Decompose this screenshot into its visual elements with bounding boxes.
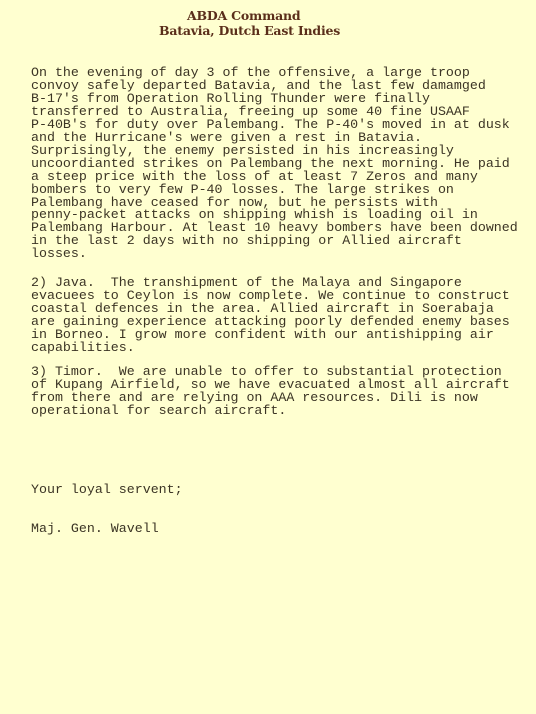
text-line: operational for search aircraft. bbox=[31, 405, 510, 418]
paragraph-java: 2) Java. The transhipment of the Malaya … bbox=[31, 277, 510, 355]
text-line: capabilities. bbox=[31, 342, 510, 355]
signature: Maj. Gen. Wavell bbox=[31, 523, 159, 536]
command-location: Batavia, Dutch East Indies bbox=[159, 23, 340, 38]
text-line: losses. bbox=[31, 248, 518, 261]
closing-salutation: Your loyal servent; bbox=[31, 484, 183, 497]
command-title: ABDA Command bbox=[187, 8, 300, 23]
text-line: in the last 2 days with no shipping or A… bbox=[31, 235, 518, 248]
paragraph-timor: 3) Timor. We are unable to offer to subs… bbox=[31, 366, 510, 418]
paragraph-opening: On the evening of day 3 of the offensive… bbox=[31, 67, 518, 261]
